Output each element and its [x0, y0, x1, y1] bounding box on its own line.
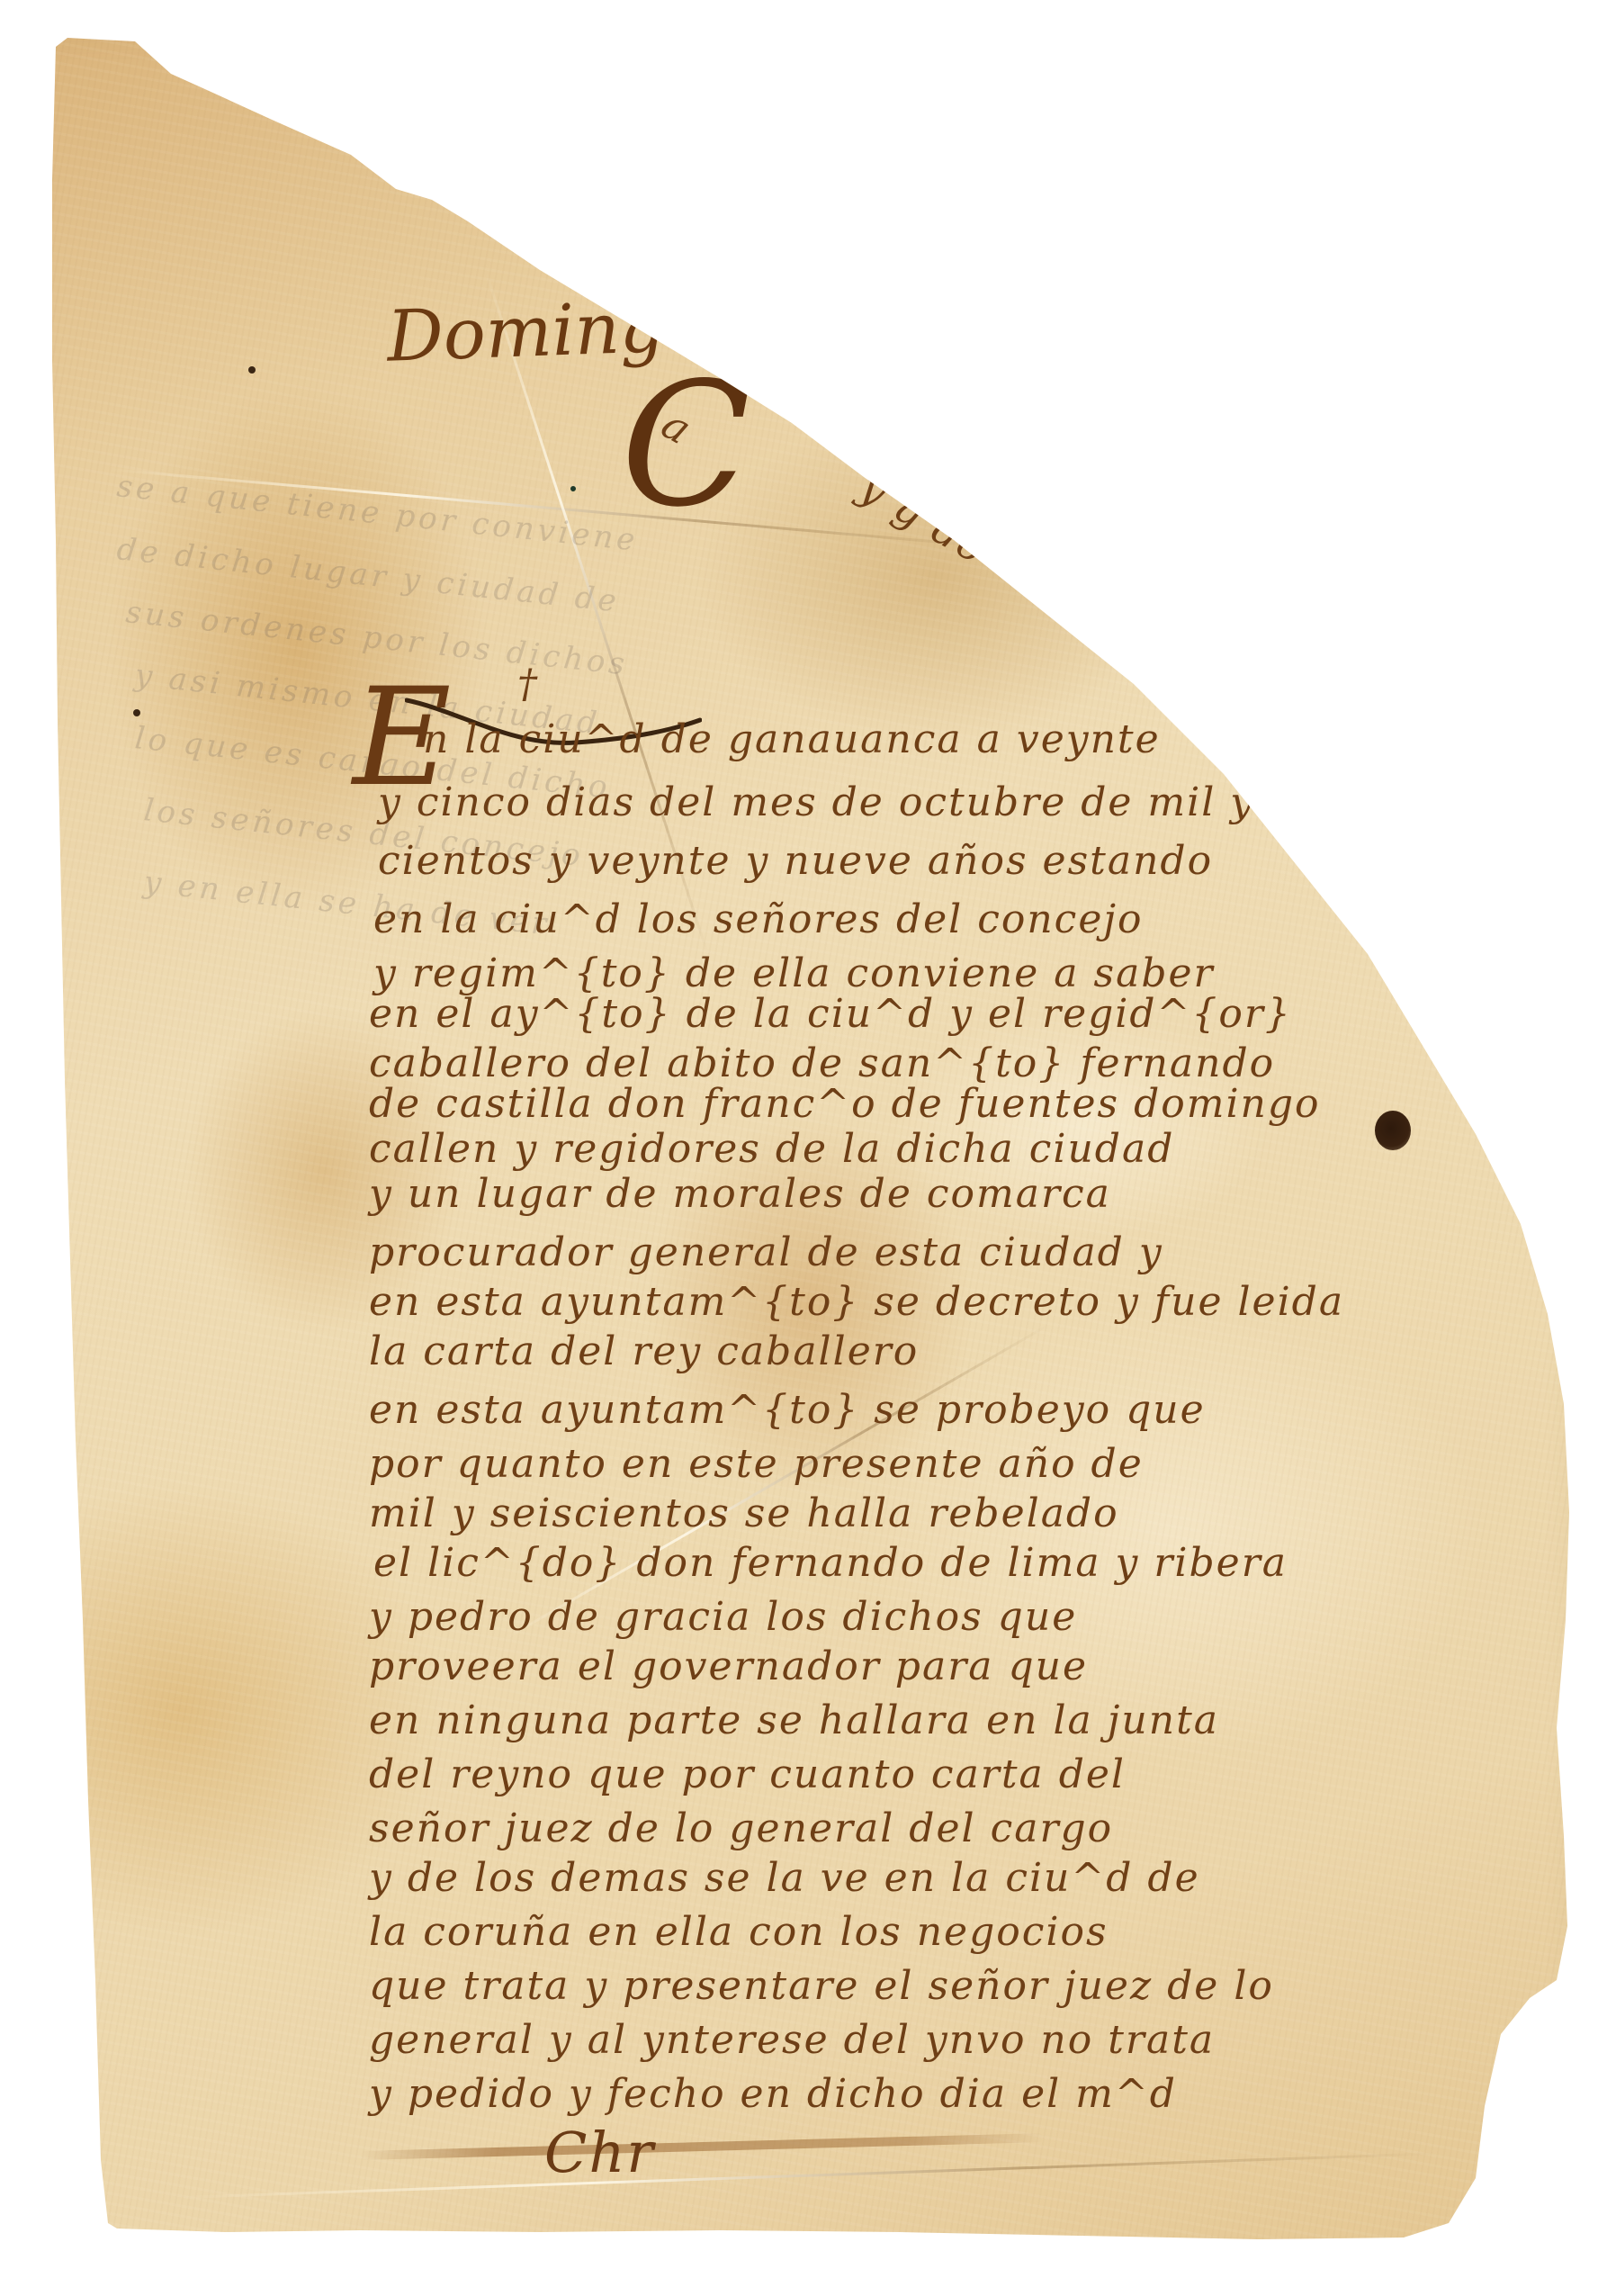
manuscript-line: en esta ayuntam^{to} se decreto y fue le…: [369, 1283, 1344, 1322]
manuscript-line: la carta del rey caballero: [369, 1332, 919, 1372]
heading-fragment: y g do: [852, 463, 996, 574]
ink-speck: [133, 709, 140, 716]
ink-speck: [248, 366, 256, 374]
ink-speck: [570, 486, 576, 491]
manuscript-line: procurador general de esta ciudad y: [369, 1233, 1163, 1273]
manuscript-line: y regim^{to} de ella conviene a saber: [373, 954, 1215, 994]
manuscript-line: y pedro de gracia los dichos que: [369, 1598, 1077, 1637]
manuscript-line: cientos y veynte y nueve años estando: [378, 842, 1213, 881]
manuscript-line: mil y seiscientos se halla rebelado: [369, 1494, 1119, 1534]
manuscript-line: en esta ayuntam^{to} se probeyo que: [369, 1391, 1206, 1430]
closing-flourish: Chr: [544, 2120, 655, 2185]
heading-name: Domingo Carr: [386, 279, 893, 378]
scanned-page: se a que tiene por conviene de dicho lug…: [0, 0, 1607, 2296]
manuscript-line: el lic^{do} don fernando de lima y riber…: [373, 1544, 1288, 1583]
manuscript-line: del reyno que por cuanto carta del: [369, 1755, 1126, 1795]
closing-line-stain: [360, 2133, 1044, 2160]
manuscript-line: que trata y presentare el señor juez de …: [369, 1967, 1274, 2006]
paper-crease: [503, 1323, 1050, 1641]
verso-bleed-text: de dicho lugar y ciudad de: [115, 531, 622, 619]
paper-crease: [180, 2152, 1439, 2199]
manuscript-leaf: se a que tiene por conviene de dicho lug…: [0, 0, 1607, 2296]
manuscript-line: la coruña en ella con los negocios: [369, 1913, 1109, 1952]
manuscript-line: caballero del abito de san^{to} fernando: [369, 1044, 1275, 1084]
manuscript-line: en el ay^{to} de la ciu^d y el regid^{or…: [369, 995, 1292, 1034]
manuscript-line: y de los demas se la ve en la ciu^d de: [369, 1859, 1200, 1898]
manuscript-line: de castilla don franc^o de fuentes domin…: [369, 1085, 1321, 1124]
verso-bleed-text: los señores del concejo: [142, 792, 586, 874]
verso-bleed-text: sus ordenes por los dichos: [124, 594, 630, 682]
manuscript-line: general y al ynterese del ynvo no trata: [369, 2021, 1215, 2060]
verso-bleed-text: y asi mismo en la ciudad: [133, 657, 602, 742]
manuscript-line: señor juez de lo general del cargo: [369, 1809, 1113, 1849]
manuscript-line: y cinco dias del mes de octubre de mil y…: [378, 783, 1352, 823]
verso-bleed-text: se a que tiene por conviene: [115, 468, 640, 559]
manuscript-line: en ninguna parte se hallara en la junta: [369, 1701, 1219, 1741]
manuscript-line: y un lugar de morales de comarca: [369, 1175, 1111, 1214]
paper-tear: [405, 693, 702, 747]
verso-bleed-text: y en ella se ha de ver: [142, 864, 552, 942]
verso-bleed-text: lo que es cargo del dicho: [133, 720, 613, 806]
manuscript-line: por quanto en este presente año de: [369, 1445, 1144, 1484]
manuscript-line: en la ciu^d los señores del concejo: [373, 900, 1144, 940]
initial-letter: E: [353, 671, 453, 806]
paper-crease: [485, 271, 710, 957]
manuscript-line: callen y regidores de la dicha ciudad: [369, 1130, 1174, 1169]
ink-blot: [1375, 1111, 1411, 1150]
manuscript-line: proveera el governador para que: [369, 1647, 1088, 1687]
heading-fragment: a: [654, 400, 701, 455]
paper-crease: [108, 468, 1004, 549]
heading-capital-flourish: C: [621, 360, 751, 531]
manuscript-line: y pedido y fecho en dicho dia el m^d: [369, 2075, 1177, 2114]
invocation-cross: †: [517, 662, 539, 707]
manuscript-line: n la ciu^d de ganauanca a veynte: [423, 720, 1161, 760]
